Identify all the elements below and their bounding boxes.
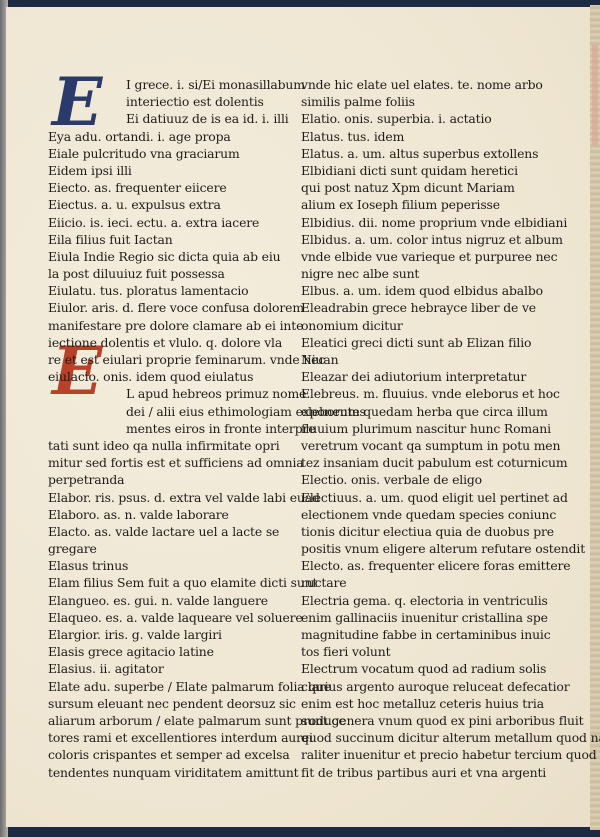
text-line: Eya adu. ortandi. i. age propa — [48, 128, 276, 145]
text-line: coloris crispantes et semper ad excelsa — [48, 746, 276, 763]
fore-edge-tint — [592, 45, 598, 145]
text-line: Electo. as. frequenter elicere foras emi… — [301, 557, 521, 574]
text-line: tendentes nunquam viriditatem amittunt — [48, 764, 276, 781]
text-line: eleborum quedam herba que circa illum — [301, 403, 521, 420]
text-line: Electiuus. a. um. quod eligit uel pertin… — [301, 489, 521, 506]
text-line: Niuan — [301, 351, 521, 368]
text-line: Eidem ipsi illi — [48, 162, 276, 179]
text-line: Eiula Indie Regio sic dicta quia ab eiu — [48, 248, 276, 265]
page-fore-edge — [590, 5, 600, 830]
text-line: Elasus trinus — [48, 557, 276, 574]
text-line: ructare — [301, 574, 521, 591]
text-line: iectione dolentis et vlulo. q. dolore vl… — [48, 334, 276, 351]
text-line: Elatus. tus. idem — [301, 128, 521, 145]
text-line: Electio. onis. verbale de eligo — [301, 471, 521, 488]
text-line: Elate adu. superbe / Elate palmarum foli… — [48, 678, 276, 695]
text-line: Eleazar dei adiutorium interpretatur — [301, 368, 521, 385]
text-line: Elatio. onis. superbia. i. actatio — [301, 110, 521, 127]
text-line: enim est hoc metalluz ceteris huius tria — [301, 695, 521, 712]
text-line: Elabor. ris. psus. d. extra vel valde la… — [48, 489, 276, 506]
text-line: Eiulor. aris. d. flere voce confusa dolo… — [48, 299, 276, 316]
left-text-column: I grece. i. si/Ei monasillabuminteriecti… — [48, 76, 276, 781]
text-line: Eleatici greci dicti sunt ab Elizan fili… — [301, 334, 521, 351]
text-line: fluuium plurimum nascitur hunc Romani — [301, 420, 521, 437]
text-line: Eleadrabin grece hebrayce liber de ve — [301, 299, 521, 316]
text-line: Elbus. a. um. idem quod elbidus abalbo — [301, 282, 521, 299]
text-line: interiectio est dolentis — [48, 93, 276, 110]
text-line: vnde elbide vue varieque et purpuree nec — [301, 248, 521, 265]
text-line: onomium dicitur — [301, 317, 521, 334]
text-line: aliarum arborum / elate palmarum sunt pr… — [48, 712, 276, 729]
text-line: qui post natuz Xpm dicunt Mariam — [301, 179, 521, 196]
text-line: gregare — [48, 540, 276, 557]
text-line: Elatus. a. um. altus superbus extollens — [301, 145, 521, 162]
text-line: veretrum vocant qa sumptum in potu men — [301, 437, 521, 454]
text-line: positis vnum eligere alterum refutare os… — [301, 540, 521, 557]
text-line: Eila filius fuit Iactan — [48, 231, 276, 248]
text-line: Eiectus. a. u. expulsus extra — [48, 196, 276, 213]
text-line: Elaboro. as. n. valde laborare — [48, 506, 276, 523]
text-line: enim gallinaciis inuenitur cristallina s… — [301, 609, 521, 626]
text-line: Electria gema. q. electoria in ventricul… — [301, 592, 521, 609]
text-line: similis palme foliis — [301, 93, 521, 110]
text-line: L apud hebreos primuz nome — [48, 385, 276, 402]
text-line: raliter inuenitur et precio habetur terc… — [301, 746, 521, 763]
text-line: Eiicio. is. ieci. ectu. a. extra iacere — [48, 214, 276, 231]
text-line: re et est eiulari proprie feminarum. vnd… — [48, 351, 276, 368]
text-line: sunt genera vnum quod ex pini arboribus … — [301, 712, 521, 729]
text-line: eiulacio. onis. idem quod eiulatus — [48, 368, 276, 385]
text-line: Elasis grece agitacio latine — [48, 643, 276, 660]
text-line: Eiulatu. tus. ploratus lamentacio — [48, 282, 276, 299]
text-line: tos fieri volunt — [301, 643, 521, 660]
text-line: tati sunt ideo qa nulla infirmitate opri — [48, 437, 276, 454]
text-line: Elebreus. m. fluuius. vnde eleborus et h… — [301, 385, 521, 402]
text-line: magnitudine fabbe in certaminibus inuic — [301, 626, 521, 643]
text-line: clarius argento auroque reluceat defecat… — [301, 678, 521, 695]
text-line: tez insaniam ducit pabulum est coturnicu… — [301, 454, 521, 471]
text-line: Eiecto. as. frequenter eiicere — [48, 179, 276, 196]
text-line: nigre nec albe sunt — [301, 265, 521, 282]
text-line: quod succinum dicitur alterum metallum q… — [301, 729, 521, 746]
text-line: Elacto. as. valde lactare uel a lacte se — [48, 523, 276, 540]
text-line: tores rami et excellentiores interdum au… — [48, 729, 276, 746]
text-line: Elasius. ii. agitator — [48, 660, 276, 677]
text-line: vnde hic elate uel elates. te. nome arbo — [301, 76, 521, 93]
text-line: sursum eleuant nec pendent deorsuz sic — [48, 695, 276, 712]
text-line: mitur sed fortis est et sufficiens ad om… — [48, 454, 276, 471]
text-line: Elbidus. a. um. color intus nigruz et al… — [301, 231, 521, 248]
text-line: Eiale pulcritudo vna graciarum — [48, 145, 276, 162]
text-line: Elam filius Sem fuit a quo elamite dicti… — [48, 574, 276, 591]
text-line: Electrum vocatum quod ad radium solis — [301, 660, 521, 677]
text-line: fit de tribus partibus auri et vna argen… — [301, 764, 521, 781]
text-line: Elaqueo. es. a. valde laqueare vel solue… — [48, 609, 276, 626]
text-line: la post diluuiuz fuit possessa — [48, 265, 276, 282]
text-line: manifestare pre dolore clamare ab ei int… — [48, 317, 276, 334]
text-line: mentes eiros in fronte interpre — [48, 420, 276, 437]
text-line: electionem vnde quedam species coniunc — [301, 506, 521, 523]
text-line: Elbidiani dicti sunt quidam heretici — [301, 162, 521, 179]
text-line: perpetranda — [48, 471, 276, 488]
text-line: dei / alii eius ethimologiam exponentes — [48, 403, 276, 420]
text-line: Elargior. iris. g. valde largiri — [48, 626, 276, 643]
text-line: Ei datiuuz de is ea id. i. illi — [48, 110, 276, 127]
text-line: Elangueo. es. gui. n. valde languere — [48, 592, 276, 609]
text-line: I grece. i. si/Ei monasillabum — [48, 76, 276, 93]
right-text-column: vnde hic elate uel elates. te. nome arbo… — [301, 76, 521, 781]
text-line: tionis dicitur electiua quia de duobus p… — [301, 523, 521, 540]
text-line: Elbidius. dii. nome proprium vnde elbidi… — [301, 214, 521, 231]
text-line: alium ex Ioseph filium peperisse — [301, 196, 521, 213]
